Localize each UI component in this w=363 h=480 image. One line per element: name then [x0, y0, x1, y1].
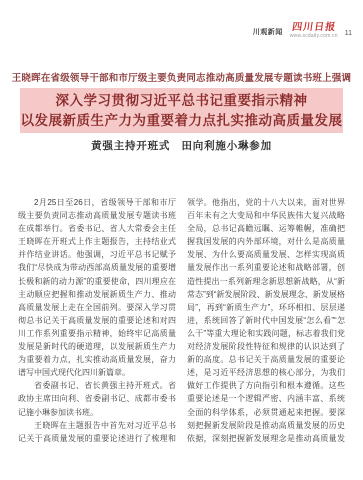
article-body: 2月25日至26日，省级领导干部和市厅级主要负责同志推动高质量发展专题读书班在成… [18, 196, 345, 448]
newspaper-page: 川观新闻 四川日报 www.scdaily.com.cn 11 王晓晖在省级领导… [0, 0, 363, 480]
masthead-channel-label: 川观新闻 [253, 27, 283, 39]
kicker-line: 王晓晖在省级领导干部和市厅级主要负责同志推动高质量发展专题读书班上强调 [0, 70, 363, 84]
page-number: 11 [345, 30, 352, 39]
subheadline: 黄强主持开班式 田向利施小琳参加 [0, 138, 363, 153]
article-paragraph: 2月25日至26日，省级领导干部和市厅级主要负责同志推动高质量发展专题读书班在成… [18, 196, 176, 379]
headline-band: 深入学习贯彻习近平总书记重要指示精神 以发展新质生产力为重要着力点扎实推动高质量… [20, 88, 343, 133]
paper-logo-block: 四川日报 www.scdaily.com.cn [290, 23, 338, 39]
article-paragraph: 省委副书记、省长黄强主持开班式。省政协主席田向利、省委副书记、成都市委书记施小琳… [18, 379, 176, 418]
newspaper-logo: 四川日报 [291, 23, 336, 33]
site-url: www.scdaily.com.cn [290, 34, 338, 39]
headline-line-1: 深入学习贯彻习近平总书记重要指示精神 [56, 91, 308, 111]
headline-line-2: 以发展新质生产力为重要着力点扎实推动高质量发展 [21, 111, 343, 131]
masthead: 川观新闻 四川日报 www.scdaily.com.cn 11 [253, 23, 352, 39]
